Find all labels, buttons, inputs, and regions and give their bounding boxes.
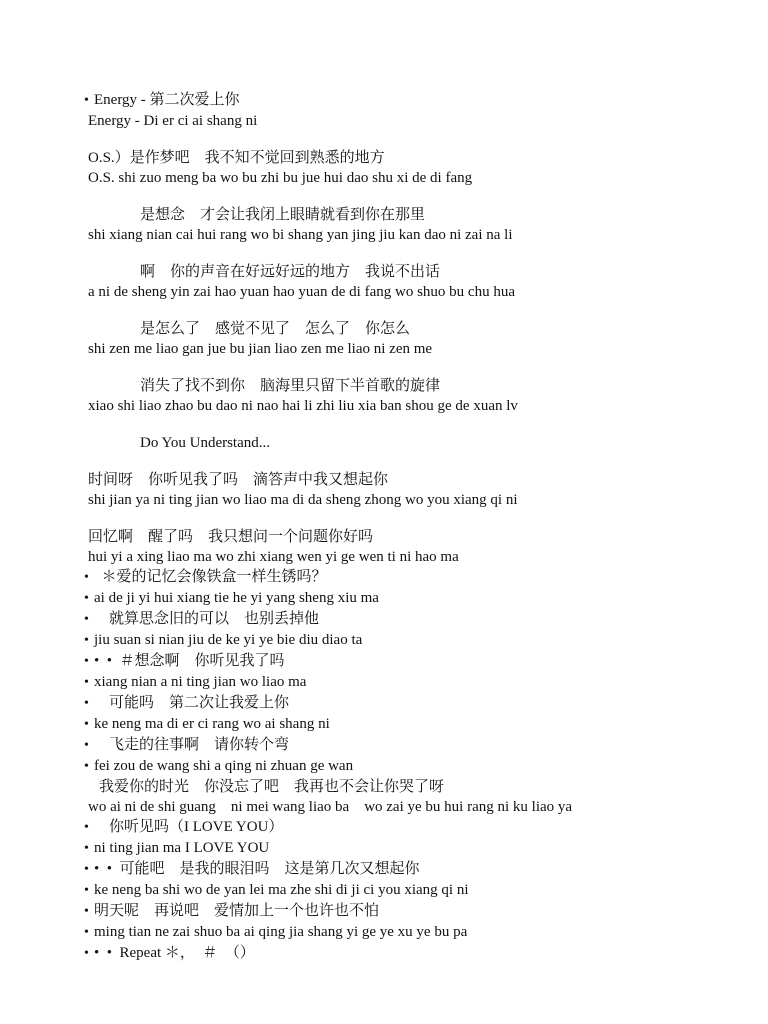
lyric-text: • • ＃想念啊 你听见我了吗: [94, 653, 285, 669]
lyric-line: 我爱你的时光 你没忘了吧 我再也不会让你哭了呀: [84, 777, 732, 797]
bullet-icon: •: [84, 568, 94, 588]
bullet-icon: •: [84, 715, 94, 735]
lyric-text: 是想念 才会让我闭上眼睛就看到你在那里: [140, 207, 425, 223]
lyric-text: Do You Understand...: [140, 435, 270, 451]
lyric-text: 回忆啊 醒了吗 我只想问一个问题你好吗: [88, 529, 373, 545]
lyric-line: 时间呀 你听见我了吗 滴答声中我又想起你: [84, 470, 732, 490]
lyric-line: shi xiang nian cai hui rang wo bi shang …: [84, 225, 732, 245]
lyric-line: hui yi a xing liao ma wo zhi xiang wen y…: [84, 547, 732, 567]
lyric-text: Energy - 第二次爱上你: [94, 92, 240, 108]
lyric-text: 就算思念旧的可以 也别丢掉他: [94, 611, 319, 627]
lyric-line: a ni de sheng yin zai hao yuan hao yuan …: [84, 282, 732, 302]
bullet-icon: •: [84, 631, 94, 651]
lyric-text: ke neng ma di er ci rang wo ai shang ni: [94, 716, 330, 732]
lyric-line: 啊 你的声音在好远好远的地方 我说不出话: [84, 262, 732, 282]
lyric-line: •ke neng ba shi wo de yan lei ma zhe shi…: [84, 880, 732, 901]
lyric-line: O.S. shi zuo meng ba wo bu zhi bu jue hu…: [84, 168, 732, 188]
lyric-text: 你听见吗（I LOVE YOU）: [94, 819, 283, 835]
lyric-line: •Energy - 第二次爱上你: [84, 90, 732, 111]
lyric-text: • • Repeat ＊， ＃ （）: [94, 945, 255, 961]
lyric-text: fei zou de wang shi a qing ni zhuan ge w…: [94, 758, 353, 774]
lyric-line: xiao shi liao zhao bu dao ni nao hai li …: [84, 396, 732, 416]
lyric-line: O.S.）是作梦吧 我不知不觉回到熟悉的地方: [84, 148, 732, 168]
lyric-line: •明天呢 再说吧 爱情加上一个也许也不怕: [84, 901, 732, 922]
bullet-icon: •: [84, 610, 94, 630]
bullet-icon: •: [84, 757, 94, 777]
lyric-line: •• • Repeat ＊， ＃ （）: [84, 943, 732, 964]
lyric-text: 啊 你的声音在好远好远的地方 我说不出话: [140, 264, 440, 280]
bullet-icon: •: [84, 944, 94, 964]
lyric-line: •jiu suan si nian jiu de ke yi ye bie di…: [84, 630, 732, 651]
lyric-text: Energy - Di er ci ai shang ni: [88, 113, 257, 129]
bullet-icon: •: [84, 694, 94, 714]
lyric-text: O.S. shi zuo meng ba wo bu zhi bu jue hu…: [88, 170, 472, 186]
lyric-text: a ni de sheng yin zai hao yuan hao yuan …: [88, 284, 515, 300]
lyric-text: 时间呀 你听见我了吗 滴答声中我又想起你: [88, 472, 388, 488]
lyric-line: • 飞走的往事啊 请你转个弯: [84, 735, 732, 756]
document-page: •Energy - 第二次爱上你Energy - Di er ci ai sha…: [0, 0, 768, 1024]
bullet-icon: •: [84, 589, 94, 609]
lyric-text: hui yi a xing liao ma wo zhi xiang wen y…: [88, 549, 459, 565]
bullet-icon: •: [84, 818, 94, 838]
lyric-text: ＊爱的记忆会像铁盒一样生锈吗？: [94, 569, 327, 585]
bullet-icon: •: [84, 673, 94, 693]
lyric-line: • 就算思念旧的可以 也别丢掉他: [84, 609, 732, 630]
lyric-text: O.S.）是作梦吧 我不知不觉回到熟悉的地方: [88, 150, 385, 166]
lyric-line: wo ai ni de shi guang ni mei wang liao b…: [84, 797, 732, 817]
bullet-icon: •: [84, 923, 94, 943]
lyric-line: shi jian ya ni ting jian wo liao ma di d…: [84, 490, 732, 510]
lyric-text: 我爱你的时光 你没忘了吧 我再也不会让你哭了呀: [99, 779, 444, 795]
lyric-text: ming tian ne zai shuo ba ai qing jia sha…: [94, 924, 467, 940]
lyric-line: •ming tian ne zai shuo ba ai qing jia sh…: [84, 922, 732, 943]
lyric-text: ai de ji yi hui xiang tie he yi yang she…: [94, 590, 379, 606]
lyric-line: shi zen me liao gan jue bu jian liao zen…: [84, 339, 732, 359]
lyric-text: 飞走的往事啊 请你转个弯: [94, 737, 289, 753]
lyric-line: 是想念 才会让我闭上眼睛就看到你在那里: [84, 205, 732, 225]
lyric-line: •ni ting jian ma I LOVE YOU: [84, 838, 732, 859]
lyric-text: 明天呢 再说吧 爱情加上一个也许也不怕: [94, 903, 379, 919]
lyric-text: jiu suan si nian jiu de ke yi ye bie diu…: [94, 632, 362, 648]
lyric-line: • 可能吗 第二次让我爱上你: [84, 693, 732, 714]
bullet-icon: •: [84, 902, 94, 922]
lyric-text: shi zen me liao gan jue bu jian liao zen…: [88, 341, 432, 357]
lyric-line: Energy - Di er ci ai shang ni: [84, 111, 732, 131]
lyric-text: • • 可能吧 是我的眼泪吗 这是第几次又想起你: [94, 861, 420, 877]
lyric-line: 回忆啊 醒了吗 我只想问一个问题你好吗: [84, 527, 732, 547]
lyric-line: •ai de ji yi hui xiang tie he yi yang sh…: [84, 588, 732, 609]
bullet-icon: •: [84, 860, 94, 880]
lyric-line: Do You Understand...: [84, 433, 732, 453]
lyric-text: wo ai ni de shi guang ni mei wang liao b…: [88, 799, 572, 815]
lyric-line: 消失了找不到你 脑海里只留下半首歌的旋律: [84, 376, 732, 396]
lyric-line: •fei zou de wang shi a qing ni zhuan ge …: [84, 756, 732, 777]
lyric-line: •ke neng ma di er ci rang wo ai shang ni: [84, 714, 732, 735]
lyrics-sheet: •Energy - 第二次爱上你Energy - Di er ci ai sha…: [84, 90, 732, 964]
lyric-line: • 你听见吗（I LOVE YOU）: [84, 817, 732, 838]
lyric-text: shi jian ya ni ting jian wo liao ma di d…: [88, 492, 518, 508]
lyric-text: ke neng ba shi wo de yan lei ma zhe shi …: [94, 882, 469, 898]
lyric-line: •• • 可能吧 是我的眼泪吗 这是第几次又想起你: [84, 859, 732, 880]
lyric-text: 可能吗 第二次让我爱上你: [94, 695, 289, 711]
lyric-text: shi xiang nian cai hui rang wo bi shang …: [88, 227, 513, 243]
lyric-line: • ＊爱的记忆会像铁盒一样生锈吗？: [84, 567, 732, 588]
lyric-line: •• • ＃想念啊 你听见我了吗: [84, 651, 732, 672]
lyric-text: 是怎么了 感觉不见了 怎么了 你怎么: [140, 321, 410, 337]
bullet-icon: •: [84, 91, 94, 111]
bullet-icon: •: [84, 839, 94, 859]
lyric-line: •xiang nian a ni ting jian wo liao ma: [84, 672, 732, 693]
lyric-text: 消失了找不到你 脑海里只留下半首歌的旋律: [140, 378, 440, 394]
lyric-text: xiang nian a ni ting jian wo liao ma: [94, 674, 306, 690]
lyric-text: ni ting jian ma I LOVE YOU: [94, 840, 269, 856]
lyric-line: 是怎么了 感觉不见了 怎么了 你怎么: [84, 319, 732, 339]
lyric-text: xiao shi liao zhao bu dao ni nao hai li …: [88, 398, 518, 414]
bullet-icon: •: [84, 652, 94, 672]
bullet-icon: •: [84, 881, 94, 901]
bullet-icon: •: [84, 736, 94, 756]
